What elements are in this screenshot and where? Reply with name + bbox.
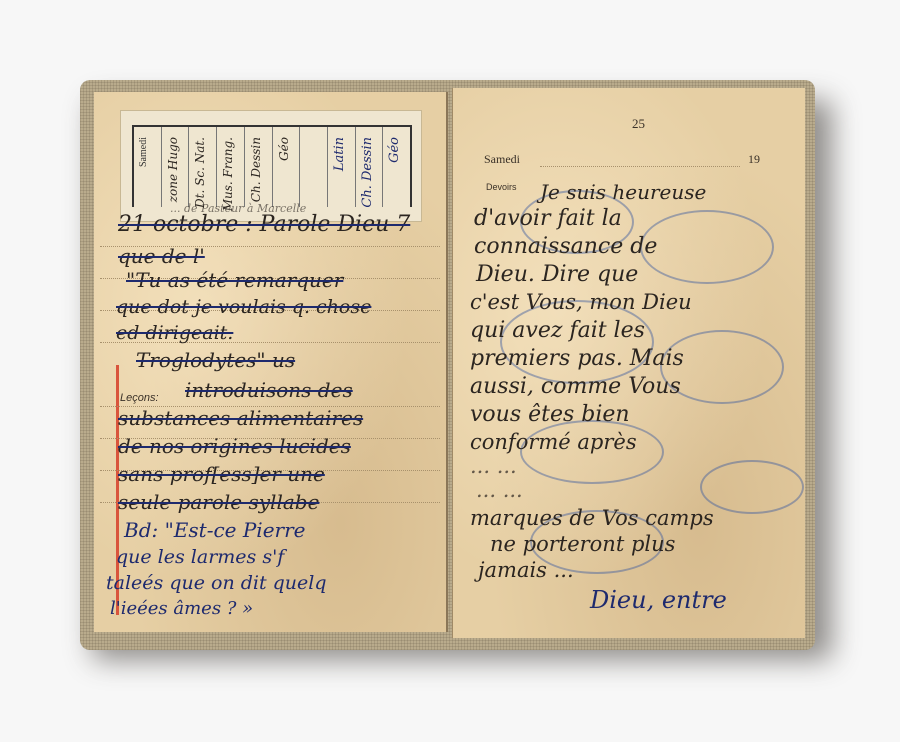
timetable-col: Ch. Dessin <box>245 127 273 207</box>
blue-scribble <box>640 210 774 284</box>
handwritten-line: seule parole syllabe <box>118 490 319 514</box>
timetable-col: Mus. Frang. <box>217 127 245 207</box>
handwritten-line: premiers pas. Mais <box>470 346 684 371</box>
handwritten-line: "Tu as été remarquer <box>126 268 343 292</box>
blue-scribble <box>700 460 804 514</box>
timetable-col: Ch. Dessin <box>356 127 384 207</box>
page-number: 25 <box>632 116 645 132</box>
handwritten-line: c'est Vous, mon Dieu <box>470 290 692 314</box>
handwritten-line: que de l' <box>118 244 205 268</box>
homework-label: Devoirs <box>486 182 517 192</box>
lessons-label: Leçons: <box>120 392 159 404</box>
timetable-entry: Dt. Sc. Nat. <box>193 137 207 208</box>
timetable-entry: Géo <box>277 137 291 161</box>
handwritten-line-blue: que les larmes s'f <box>116 546 284 568</box>
timetable-col: Dt. Sc. Nat. <box>189 127 217 207</box>
timetable-col-day: Samedi <box>134 127 162 207</box>
day-dotted-line <box>540 166 740 167</box>
handwritten-line: ne porteront plus <box>490 532 675 556</box>
handwritten-line: conformé après <box>470 430 637 454</box>
handwritten-line-blue: Dieu, entre <box>590 586 727 614</box>
timetable-entry: zone Hugo <box>166 137 180 202</box>
handwritten-line: ... ... <box>470 454 517 478</box>
handwritten-line-blue: Bd: "Est-ce Pierre <box>124 518 306 542</box>
timetable-col: zone Hugo <box>162 127 190 207</box>
handwritten-line: Troglodytes" us <box>136 348 295 372</box>
timetable-entry-blue: Géo <box>387 137 402 163</box>
handwritten-line: introduisons des <box>185 378 353 402</box>
handwritten-line: de nos origines lucides <box>118 434 351 458</box>
handwritten-line: qui avez fait les <box>470 318 645 343</box>
handwritten-line-blue: taleés que on dit quelq <box>106 572 327 594</box>
handwritten-line: substances alimentaires <box>118 406 363 430</box>
handwritten-line: que dot je voulais q. chose <box>116 296 371 318</box>
handwritten-line: Dieu. Dire que <box>476 262 638 287</box>
handwritten-line: jamais ... <box>478 558 574 582</box>
timetable-col: Latin <box>328 127 356 207</box>
handwritten-line: marques de Vos camps <box>470 506 714 530</box>
timetable-entry-blue: Ch. Dessin <box>360 137 375 208</box>
handwritten-line: connaissance de <box>474 234 657 259</box>
handwritten-line: ed dirigeait. <box>116 322 233 344</box>
timetable-entry: Ch. Dessin <box>249 137 263 202</box>
handwritten-line: vous êtes bien <box>470 402 630 427</box>
timetable-entry-blue: Latin <box>332 137 347 171</box>
timetable-grid: Samedi zone Hugo Dt. Sc. Nat. Mus. Frang… <box>132 125 412 207</box>
handwritten-line: Je suis heureuse <box>540 180 706 204</box>
handwritten-line: ... ... <box>476 478 523 502</box>
year-label: 19 <box>748 152 760 167</box>
timetable-entry: Mus. Frang. <box>221 137 235 211</box>
handwritten-line-blue: l'ieées âmes ? » <box>110 598 253 619</box>
timetable-day-label: Samedi <box>138 137 149 167</box>
handwritten-line: sans prof[ess]er une <box>118 462 325 486</box>
handwritten-line: d'avoir fait la <box>474 206 622 231</box>
timetable-col: Géo <box>273 127 301 207</box>
handwritten-line: 21 octobre : Parole Dieu 7 <box>118 212 410 237</box>
day-label: Samedi <box>484 152 520 167</box>
timetable-col <box>300 127 328 207</box>
handwritten-line: aussi, comme Vous <box>470 374 681 399</box>
timetable-col: Géo <box>383 127 410 207</box>
